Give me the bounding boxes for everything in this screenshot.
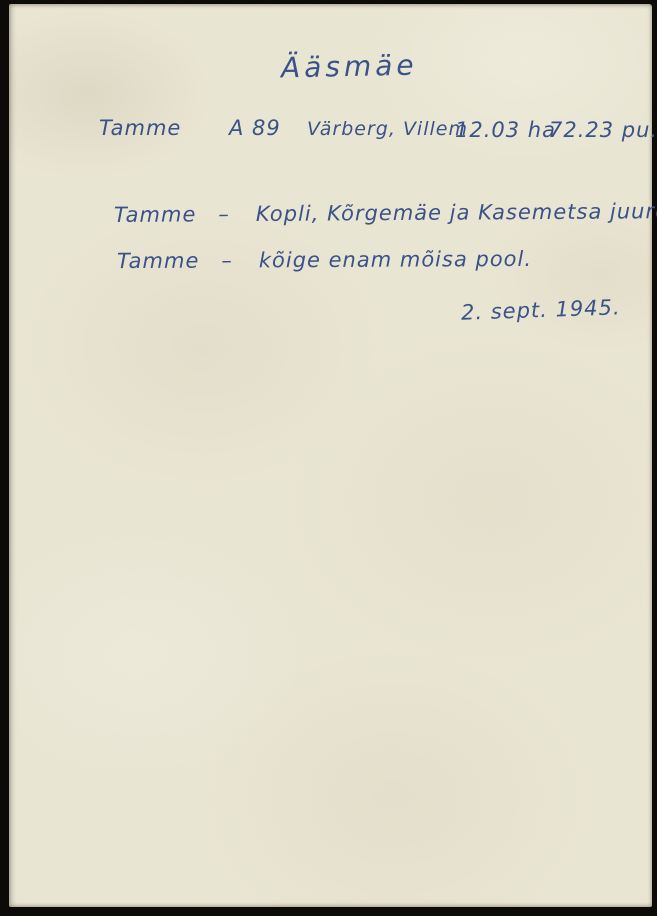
document-page: Ääsmäe Tamme A 89 Värberg, Villem 12.03 … xyxy=(9,4,652,907)
note-line: Tamme – Kopli, Kõrgemäe ja Kasemetsa juu… xyxy=(114,199,657,227)
note-line: Tamme – kõige enam mõisa pool. xyxy=(117,247,532,273)
farm-name: Tamme xyxy=(99,116,181,140)
assessment-value: 72.23 pu. xyxy=(549,118,657,142)
scan-edge-artifact xyxy=(0,60,4,130)
cadastral-number: A 89 xyxy=(229,116,281,140)
dash-separator: – xyxy=(221,248,233,272)
scan-edge-artifact xyxy=(0,0,8,22)
scanner-background: Ääsmäe Tamme A 89 Värberg, Villem 12.03 … xyxy=(0,0,657,916)
area-value: 12.03 ha xyxy=(455,118,556,142)
date-annotation: 2. sept. 1945. xyxy=(461,295,621,325)
note-farm-label: Tamme xyxy=(114,202,196,227)
scan-edge-artifact xyxy=(0,780,5,900)
dash-separator: – xyxy=(218,202,230,226)
owner-name: Värberg, Villem xyxy=(307,118,468,140)
note-farm-label: Tamme xyxy=(117,249,199,273)
place-title: Ääsmäe xyxy=(281,49,418,85)
scanned-document: { "page": { "scan_background_color": "#0… xyxy=(0,0,657,916)
record-row: Tamme A 89 Värberg, Villem 12.03 ha 72.2… xyxy=(9,116,652,150)
note-text: Kopli, Kõrgemäe ja Kasemetsa juures. xyxy=(256,199,657,226)
note-text: kõige enam mõisa pool. xyxy=(259,247,532,272)
